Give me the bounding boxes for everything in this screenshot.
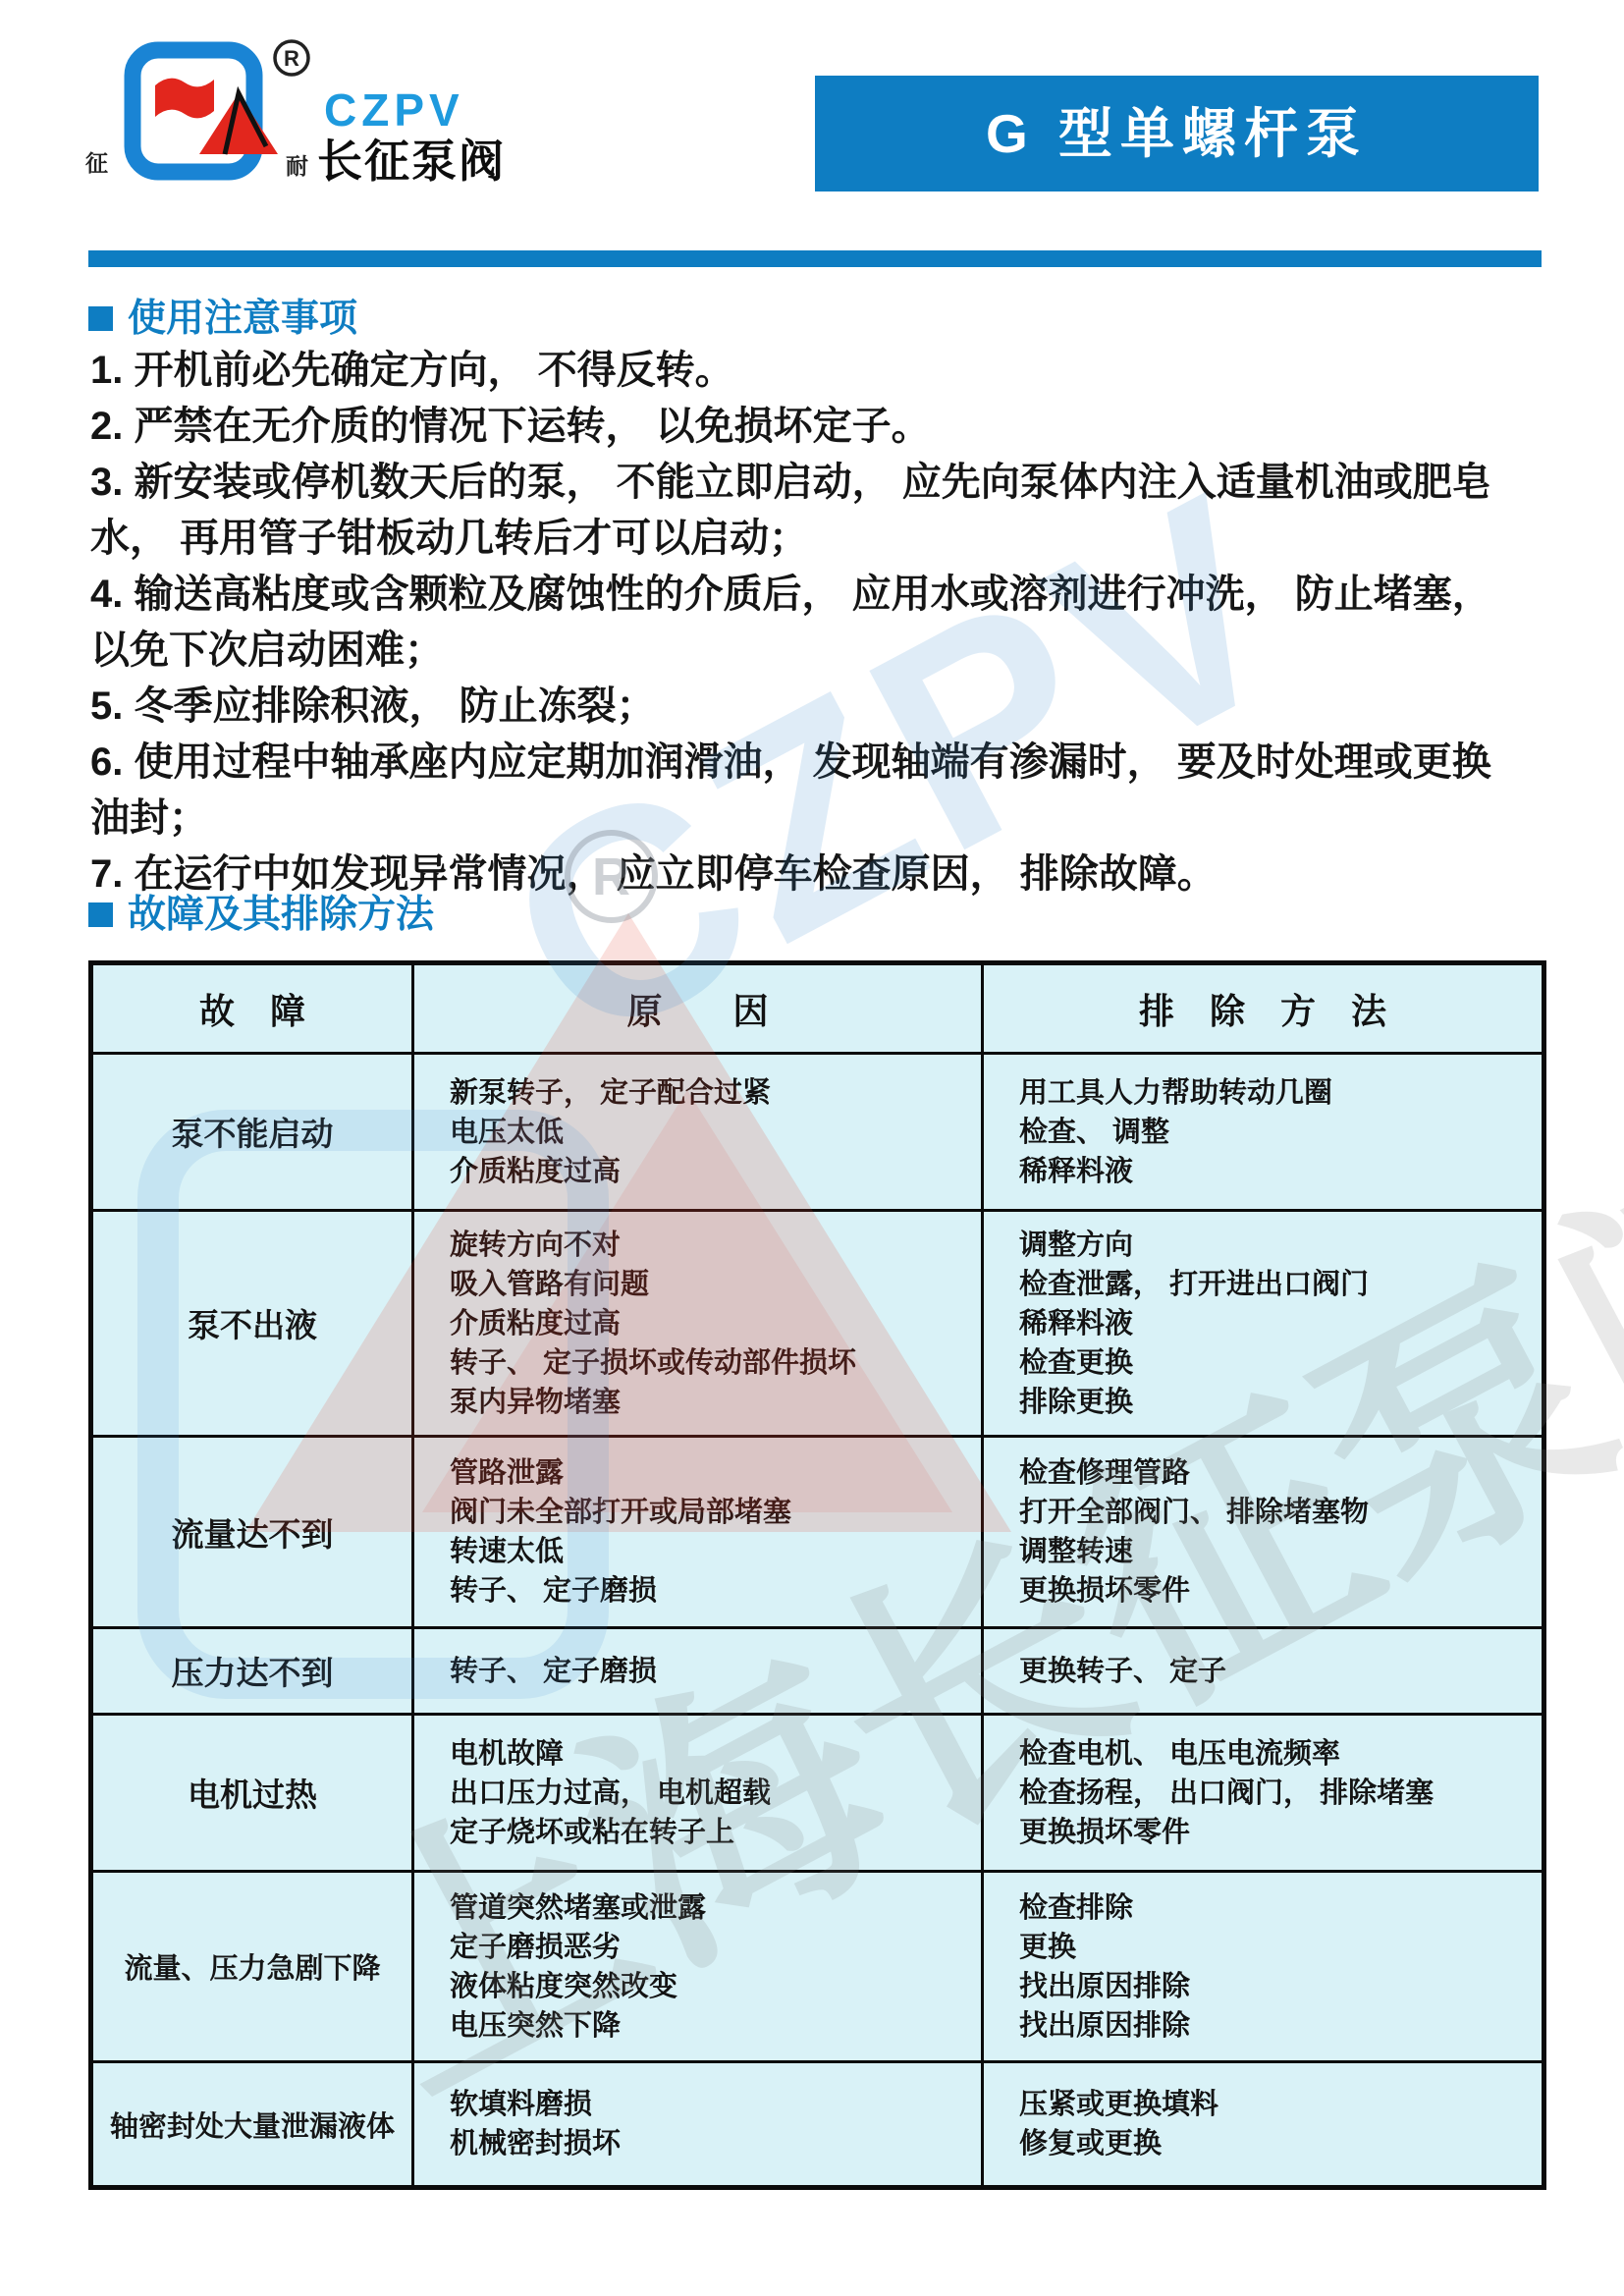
cell-line: 打开全部阀门、 排除堵塞物: [1019, 1493, 1534, 1532]
column-header-fault: 故 障: [91, 963, 413, 1054]
fault-cell: 电机过热: [91, 1715, 413, 1872]
cell-line: 检查扬程， 出口阀门， 排除堵塞: [1019, 1774, 1534, 1813]
cell-line: 新泵转子， 定子配合过紧: [450, 1073, 973, 1113]
usage-notes-list: 1. 开机前必先确定方向， 不得反转。 2. 严禁在无介质的情况下运转， 以免损…: [90, 343, 1510, 902]
cell-line: 旋转方向不对: [450, 1226, 973, 1265]
section-bullet-icon: [88, 306, 113, 331]
remedy-cell: 检查排除更换找出原因排除找出原因排除: [983, 1872, 1544, 2062]
section-heading-faults: 故障及其排除方法: [88, 896, 434, 934]
cell-line: 吸入管路有问题: [450, 1265, 973, 1304]
cell-line: 找出原因排除: [1019, 2006, 1534, 2046]
cell-line: 检查、 调整: [1019, 1113, 1534, 1152]
cell-line: 电机故障: [450, 1734, 973, 1774]
fault-table-row: 泵不出液 旋转方向不对吸入管路有问题介质粘度过高转子、 定子损坏或传动部件损坏泵…: [91, 1211, 1544, 1437]
cell-line: 调整转速: [1019, 1532, 1534, 1571]
fault-table-header-row: 故 障 原 因 排 除 方 法: [91, 963, 1544, 1054]
cause-cell: 管路泄露阀门未全部打开或局部堵塞转速太低转子、 定子磨损: [413, 1437, 983, 1628]
usage-note-item: 2. 严禁在无介质的情况下运转， 以免损坏定子。: [90, 399, 1510, 455]
logo-brand-en: CZPV: [324, 87, 464, 133]
fault-cell: 流量达不到: [91, 1437, 413, 1628]
cause-cell: 软填料磨损机械密封损坏: [413, 2062, 983, 2188]
fault-cell: 泵不能启动: [91, 1054, 413, 1211]
remedy-cell: 检查电机、 电压电流频率检查扬程， 出口阀门， 排除堵塞更换损坏零件: [983, 1715, 1544, 1872]
section-bullet-icon: [88, 902, 113, 927]
cell-line: 转速太低: [450, 1532, 973, 1571]
cell-line: 检查更换: [1019, 1343, 1534, 1383]
section-title: 使用注意事项: [128, 300, 357, 338]
cell-line: 管路泄露: [450, 1453, 973, 1493]
cell-line: 更换: [1019, 1928, 1534, 1967]
usage-note-item: 4. 输送高粘度或含颗粒及腐蚀性的介质后， 应用水或溶剂进行冲洗， 防止堵塞， …: [90, 567, 1510, 679]
usage-note-item: 1. 开机前必先确定方向， 不得反转。: [90, 343, 1510, 399]
cell-line: 软填料磨损: [450, 2085, 973, 2124]
page-title: G 型单螺杆泵: [986, 107, 1368, 161]
fault-table-row: 流量、压力急剧下降 管道突然堵塞或泄露定子磨损恶劣液体粘度突然改变电压突然下降 …: [91, 1872, 1544, 2062]
fault-table-row: 压力达不到 转子、 定子磨损 更换转子、 定子: [91, 1628, 1544, 1715]
usage-note-item: 5. 冬季应排除积液， 防止冻裂；: [90, 679, 1510, 735]
cell-line: 找出原因排除: [1019, 1967, 1534, 2006]
cause-cell: 管道突然堵塞或泄露定子磨损恶劣液体粘度突然改变电压突然下降: [413, 1872, 983, 2062]
cell-line: 管道突然堵塞或泄露: [450, 1888, 973, 1928]
cell-line: 检查电机、 电压电流频率: [1019, 1734, 1534, 1774]
fault-cell: 轴密封处大量泄漏液体: [91, 2062, 413, 2188]
cell-line: 稀释料液: [1019, 1152, 1534, 1191]
fault-cell: 流量、压力急剧下降: [91, 1872, 413, 2062]
cause-cell: 转子、 定子磨损: [413, 1628, 983, 1715]
logo-registered-mark: R: [284, 46, 299, 71]
page-title-banner: G 型单螺杆泵: [815, 76, 1539, 191]
cell-line: 介质粘度过高: [450, 1304, 973, 1343]
fault-table-row: 流量达不到 管路泄露阀门未全部打开或局部堵塞转速太低转子、 定子磨损 检查修理管…: [91, 1437, 1544, 1628]
fault-table-row: 轴密封处大量泄漏液体 软填料磨损机械密封损坏 压紧或更换填料修复或更换: [91, 2062, 1544, 2188]
cell-line: 排除更换: [1019, 1383, 1534, 1422]
cause-cell: 电机故障出口压力过高， 电机超载定子烧坏或粘在转子上: [413, 1715, 983, 1872]
cell-line: 检查泄露， 打开进出口阀门: [1019, 1265, 1534, 1304]
cell-line: 更换转子、 定子: [1019, 1652, 1534, 1691]
cell-line: 转子、 定子损坏或传动部件损坏: [450, 1343, 973, 1383]
fault-table-row: 电机过热 电机故障出口压力过高， 电机超载定子烧坏或粘在转子上 检查电机、 电压…: [91, 1715, 1544, 1872]
cell-line: 介质粘度过高: [450, 1152, 973, 1191]
usage-note-item: 6. 使用过程中轴承座内应定期加润滑油， 发现轴端有渗漏时， 要及时处理或更换油…: [90, 735, 1510, 847]
logo-brand-cn: 长征泵阀: [317, 138, 506, 184]
cause-cell: 旋转方向不对吸入管路有问题介质粘度过高转子、 定子损坏或传动部件损坏泵内异物堵塞: [413, 1211, 983, 1437]
cell-line: 更换损坏零件: [1019, 1571, 1534, 1611]
cell-line: 电压太低: [450, 1113, 973, 1152]
cell-line: 压紧或更换填料: [1019, 2085, 1534, 2124]
usage-note-item: 3. 新安装或停机数天后的泵， 不能立即启动， 应先向泵体内注入适量机油或肥皂水…: [90, 455, 1510, 567]
section-title: 故障及其排除方法: [128, 896, 434, 934]
column-header-remedy: 排 除 方 法: [983, 963, 1544, 1054]
section-heading-usage-notes: 使用注意事项: [88, 300, 357, 338]
cell-line: 检查排除: [1019, 1888, 1534, 1928]
remedy-cell: 用工具人力帮助转动几圈检查、 调整稀释料液: [983, 1054, 1544, 1211]
fault-table-container: 故 障 原 因 排 除 方 法 泵不能启动 新泵转子， 定子配合过紧电压太低介质…: [88, 960, 1542, 2190]
cell-line: 电压突然下降: [450, 2006, 973, 2046]
header-divider-bar: [88, 250, 1542, 267]
cell-line: 更换损坏零件: [1019, 1813, 1534, 1852]
remedy-cell: 更换转子、 定子: [983, 1628, 1544, 1715]
fault-table-row: 泵不能启动 新泵转子， 定子配合过紧电压太低介质粘度过高 用工具人力帮助转动几圈…: [91, 1054, 1544, 1211]
logo-seal-right: 耐: [286, 155, 308, 178]
logo-seal-left: 征: [85, 152, 108, 175]
remedy-cell: 压紧或更换填料修复或更换: [983, 2062, 1544, 2188]
cell-line: 出口压力过高， 电机超载: [450, 1774, 973, 1813]
fault-table: 故 障 原 因 排 除 方 法 泵不能启动 新泵转子， 定子配合过紧电压太低介质…: [88, 960, 1546, 2190]
fault-cell: 泵不出液: [91, 1211, 413, 1437]
cell-line: 转子、 定子磨损: [450, 1652, 973, 1691]
remedy-cell: 调整方向检查泄露， 打开进出口阀门稀释料液检查更换排除更换: [983, 1211, 1544, 1437]
fault-cell: 压力达不到: [91, 1628, 413, 1715]
cell-line: 阀门未全部打开或局部堵塞: [450, 1493, 973, 1532]
cell-line: 液体粘度突然改变: [450, 1967, 973, 2006]
cell-line: 检查修理管路: [1019, 1453, 1534, 1493]
cause-cell: 新泵转子， 定子配合过紧电压太低介质粘度过高: [413, 1054, 983, 1211]
cell-line: 机械密封损坏: [450, 2124, 973, 2163]
cell-line: 定子烧坏或粘在转子上: [450, 1813, 973, 1852]
company-logo: R CZPV 长征泵阀 征 耐: [83, 25, 515, 187]
fault-table-body: 泵不能启动 新泵转子， 定子配合过紧电压太低介质粘度过高 用工具人力帮助转动几圈…: [91, 1054, 1544, 2188]
cell-line: 定子磨损恶劣: [450, 1928, 973, 1967]
cell-line: 修复或更换: [1019, 2124, 1534, 2163]
column-header-cause: 原 因: [413, 963, 983, 1054]
cell-line: 泵内异物堵塞: [450, 1383, 973, 1422]
cell-line: 稀释料液: [1019, 1304, 1534, 1343]
cell-line: 转子、 定子磨损: [450, 1571, 973, 1611]
cell-line: 调整方向: [1019, 1226, 1534, 1265]
remedy-cell: 检查修理管路打开全部阀门、 排除堵塞物调整转速更换损坏零件: [983, 1437, 1544, 1628]
cell-line: 用工具人力帮助转动几圈: [1019, 1073, 1534, 1113]
